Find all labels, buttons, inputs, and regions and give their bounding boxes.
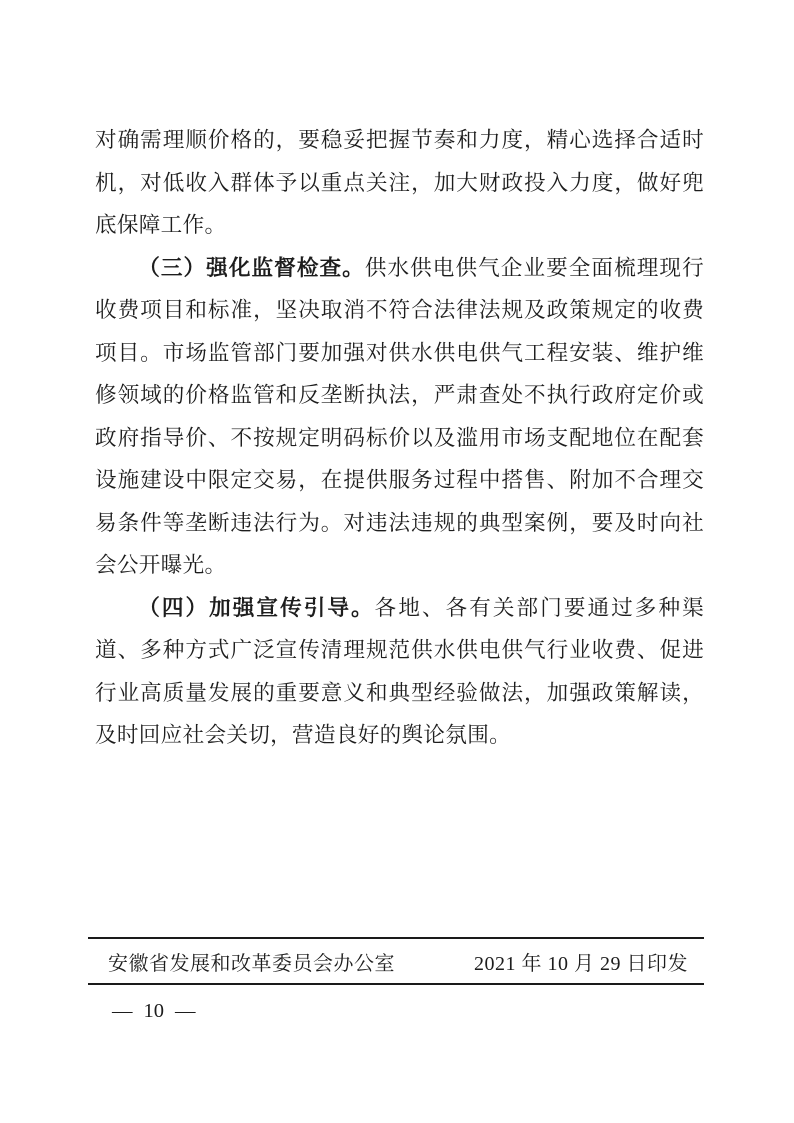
paragraph-continuation: 对确需理顺价格的，要稳妥把握节奏和力度，精心选择合适时机，对低收入群体予以重点关… <box>95 119 704 247</box>
page-number-dash-left: — <box>112 1000 133 1023</box>
page-number: — 10 — <box>112 1000 196 1023</box>
issuing-office: 安徽省发展和改革委员会办公室 <box>108 947 395 976</box>
print-date: 2021 年 10 月 29 日印发 <box>474 947 688 976</box>
paragraph-section-3: （三）强化监督检查。供水供电供气企业要全面梳理现行收费项目和标准，坚决取消不符合… <box>95 247 704 587</box>
page-number-value: 10 <box>144 1000 165 1023</box>
colophon-row: 安徽省发展和改革委员会办公室 2021 年 10 月 29 日印发 <box>88 939 704 983</box>
document-body: 对确需理顺价格的，要稳妥把握节奏和力度，精心选择合适时机，对低收入群体予以重点关… <box>95 119 704 757</box>
page-number-dash-right: — <box>175 1000 196 1023</box>
section-heading: （四）加强宣传引导。 <box>138 596 374 620</box>
paragraph-text: 对确需理顺价格的，要稳妥把握节奏和力度，精心选择合适时机，对低收入群体予以重点关… <box>95 128 704 237</box>
section-heading: （三）强化监督检查。 <box>138 256 365 280</box>
paragraph-section-4: （四）加强宣传引导。各地、各有关部门要通过多种渠道、多种方式广泛宣传清理规范供水… <box>95 587 704 757</box>
document-page: 对确需理顺价格的，要稳妥把握节奏和力度，精心选择合适时机，对低收入群体予以重点关… <box>0 0 794 1123</box>
paragraph-text: 供水供电供气企业要全面梳理现行收费项目和标准，坚决取消不符合法律法规及政策规定的… <box>95 256 704 578</box>
colophon-block: 安徽省发展和改革委员会办公室 2021 年 10 月 29 日印发 <box>88 937 704 985</box>
